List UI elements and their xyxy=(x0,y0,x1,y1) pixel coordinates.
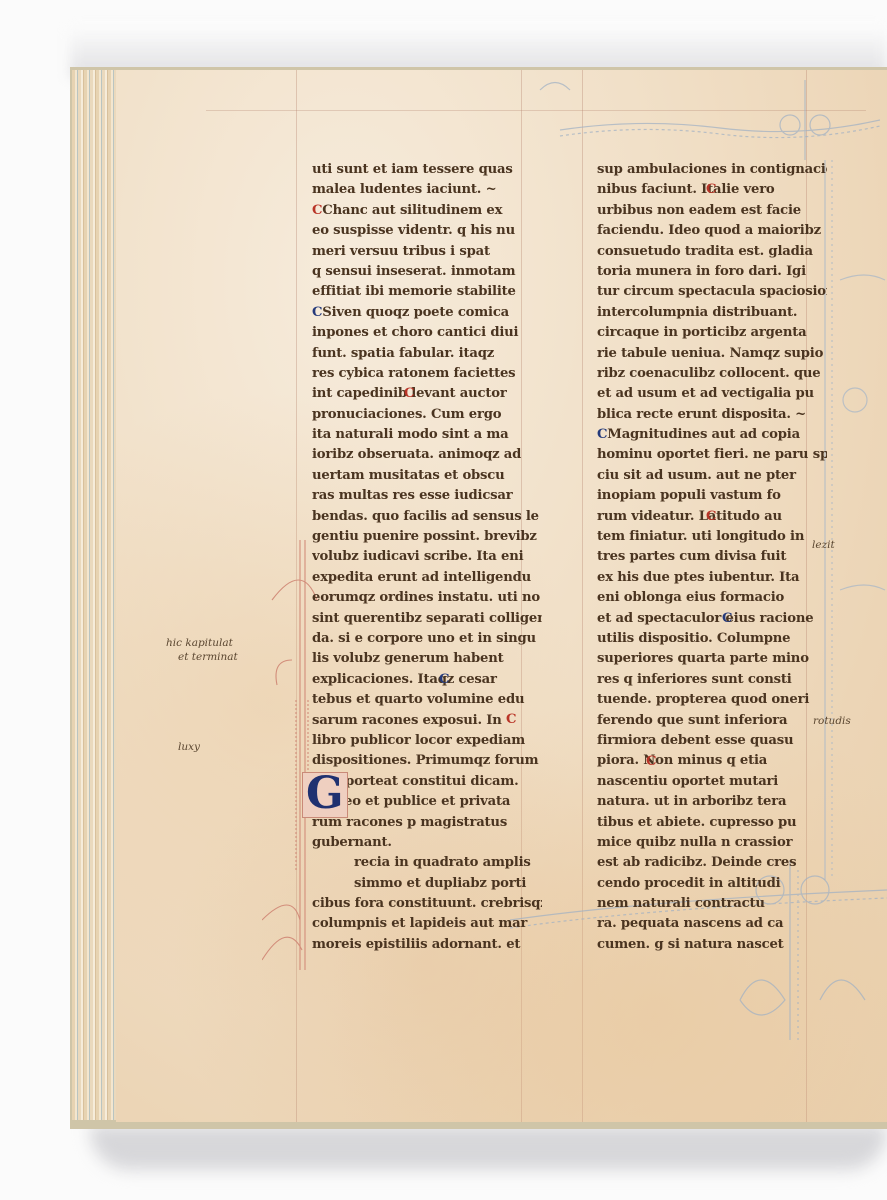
text-line: sint querentibz separati colligen xyxy=(312,609,542,629)
text-line: uertam musitatas et obscu xyxy=(312,466,542,486)
text-line: res q inferiores sunt consti xyxy=(597,670,827,690)
text-line: libro publicor locor expediam xyxy=(312,731,542,751)
text-line: explicaciones. Itaqz cesar xyxy=(312,670,542,690)
decorated-initial-g: G xyxy=(302,772,348,818)
text-line-body: Magnitudines aut ad copia xyxy=(607,427,800,442)
text-line: consuetudo tradita est. gladia xyxy=(597,242,827,262)
text-line: eorumqz ordines instatu. uti no xyxy=(312,588,542,608)
text-line: toria munera in foro dari. Igi xyxy=(597,262,827,282)
rubric-paragraph-mark: C xyxy=(404,384,414,404)
rubric-paragraph-mark: C xyxy=(722,609,732,629)
margin-note: lezit xyxy=(812,538,835,552)
text-line: et ad spectaculor eius racione xyxy=(597,609,827,629)
text-line: pronuciaciones. Cum ergo xyxy=(312,405,542,425)
text-line: ra. pequata nascens ad ca xyxy=(597,914,827,934)
text-line: utilis dispositio. Columpne xyxy=(597,629,827,649)
blue-penwork-flourish-top xyxy=(520,70,887,160)
text-line: q sensui inseserat. inmotam xyxy=(312,262,542,282)
page-shadow-bottom xyxy=(90,1125,887,1170)
text-line: gubernant. xyxy=(312,833,542,853)
rubric-paragraph-mark: C xyxy=(646,752,656,772)
text-line: columpnis et lapideis aut mar xyxy=(312,914,542,934)
text-line: est ab radicibz. Deinde cres xyxy=(597,853,827,873)
text-line: effitiat ibi memorie stabilite xyxy=(312,282,542,302)
rubric-paragraph-mark: C xyxy=(506,710,516,730)
text-line: CMagnitudines aut ad copia xyxy=(597,425,827,445)
text-line: inopiam populi vastum fo xyxy=(597,486,827,506)
text-line: da. si e corpore uno et in singu xyxy=(312,629,542,649)
text-line: tuende. propterea quod oneri xyxy=(597,690,827,710)
margin-note: rotudis xyxy=(813,714,851,728)
text-line-body: pronuciaciones. Cum ergo xyxy=(312,407,501,422)
text-line: ita naturali modo sint a ma xyxy=(312,425,542,445)
text-line: malea ludentes iaciunt. ~ xyxy=(312,180,542,200)
text-line: blica recte erunt disposita. ~ xyxy=(597,405,827,425)
text-line: meri versuu tribus i spat xyxy=(312,242,542,262)
book-fore-edge xyxy=(72,70,118,1120)
text-line: et ad usum et ad vectigalia pu xyxy=(597,384,827,404)
text-line: nem naturali contractu xyxy=(597,894,827,914)
rubric-paragraph-mark: C xyxy=(706,507,716,527)
text-line: eni oblonga eius formacio xyxy=(597,588,827,608)
text-line: moreis epistiliis adornant. et xyxy=(312,935,542,955)
text-line: cibus fora constituunt. crebrisqz xyxy=(312,894,542,914)
text-line: cendo procedit in altitudi xyxy=(597,874,827,894)
text-line: recia in quadrato amplis xyxy=(312,853,542,873)
margin-note: luxy xyxy=(178,740,200,754)
text-line: ras multas res esse iudicsar xyxy=(312,486,542,506)
rubric-paragraph-mark: C xyxy=(312,305,322,320)
text-line: simmo et dupliabz porti xyxy=(312,874,542,894)
text-line: mice quibz nulla n crassior xyxy=(597,833,827,853)
text-line: firmiora debent esse quasu xyxy=(597,731,827,751)
text-line: nascentiu oportet mutari xyxy=(597,772,827,792)
text-line: funt. spatia fabular. itaqz xyxy=(312,344,542,364)
initial-letter: G xyxy=(306,769,344,819)
text-line: cumen. g si natura nascet xyxy=(597,935,827,955)
text-column-right: sup ambulaciones in contignacio nibus fa… xyxy=(597,160,827,955)
rubric-paragraph-mark: C xyxy=(439,670,449,690)
text-line: ciu sit ad usum. aut ne pter xyxy=(597,466,827,486)
text-line: sup ambulaciones in contignacio xyxy=(597,160,827,180)
text-line: ferendo que sunt inferiora xyxy=(597,711,827,731)
text-line: gentiu puenire possint. brevibz xyxy=(312,527,542,547)
text-line: volubz iudicavi scribe. Ita eni xyxy=(312,547,542,567)
text-line: CSiven quoqz poete comica xyxy=(312,303,542,323)
text-line: ex his due ptes iubentur. Ita xyxy=(597,568,827,588)
rubric-paragraph-mark: C xyxy=(597,427,607,442)
text-line-body: Siven quoqz poete comica xyxy=(322,305,509,320)
text-line: expedita erunt ad intelligendu xyxy=(312,568,542,588)
text-line: urbibus non eadem est facie xyxy=(597,201,827,221)
text-line: tebus et quarto volumine edu xyxy=(312,690,542,710)
text-line: natura. ut in arboribz tera xyxy=(597,792,827,812)
text-column-left: uti sunt et iam tessere quas malea luden… xyxy=(312,160,542,955)
text-line: bendas. quo facilis ad sensus le xyxy=(312,507,542,527)
text-line: circaque in porticibz argenta xyxy=(597,323,827,343)
text-line: int capedinib levant auctor xyxy=(312,384,542,404)
text-line: lis volubz generum habent xyxy=(312,649,542,669)
text-line: intercolumpnia distribuant. xyxy=(597,303,827,323)
text-line: inpones et choro cantici diui xyxy=(312,323,542,343)
rubric-paragraph-mark: C xyxy=(312,203,322,218)
text-line: tibus et abiete. cupresso pu xyxy=(597,813,827,833)
rubric-paragraph-mark: C xyxy=(706,180,716,200)
text-line-body: nibus faciunt. Italie vero xyxy=(597,182,775,197)
text-line: superiores quarta parte mino xyxy=(597,649,827,669)
text-line: CChanc aut silitudinem ex xyxy=(312,201,542,221)
margin-note: et terminat xyxy=(178,650,238,664)
text-line: rie tabule ueniua. Namqz supio xyxy=(597,344,827,364)
text-line: ioribz obseruata. animoqz ad xyxy=(312,445,542,465)
margin-note: hic kapitulat xyxy=(166,636,233,650)
text-line: uti sunt et iam tessere quas xyxy=(312,160,542,180)
text-line: ribz coenaculibz collocent. que xyxy=(597,364,827,384)
text-line: tres partes cum divisa fuit xyxy=(597,547,827,567)
text-line: res cybica ratonem faciettes xyxy=(312,364,542,384)
text-line: dispositiones. Primumqz forum xyxy=(312,751,542,771)
text-line: eo suspisse videntr. q his nu xyxy=(312,221,542,241)
text-line: hominu oportet fieri. ne paru spa xyxy=(597,445,827,465)
text-line: tur circum spectacula spaciosiora int xyxy=(597,282,827,302)
text-line: piora. Non minus q etia xyxy=(597,751,827,771)
text-line: faciendu. Ideo quod a maioribz xyxy=(597,221,827,241)
text-line-body: Chanc aut silitudinem ex xyxy=(322,203,502,218)
text-line: tem finiatur. uti longitudo in xyxy=(597,527,827,547)
